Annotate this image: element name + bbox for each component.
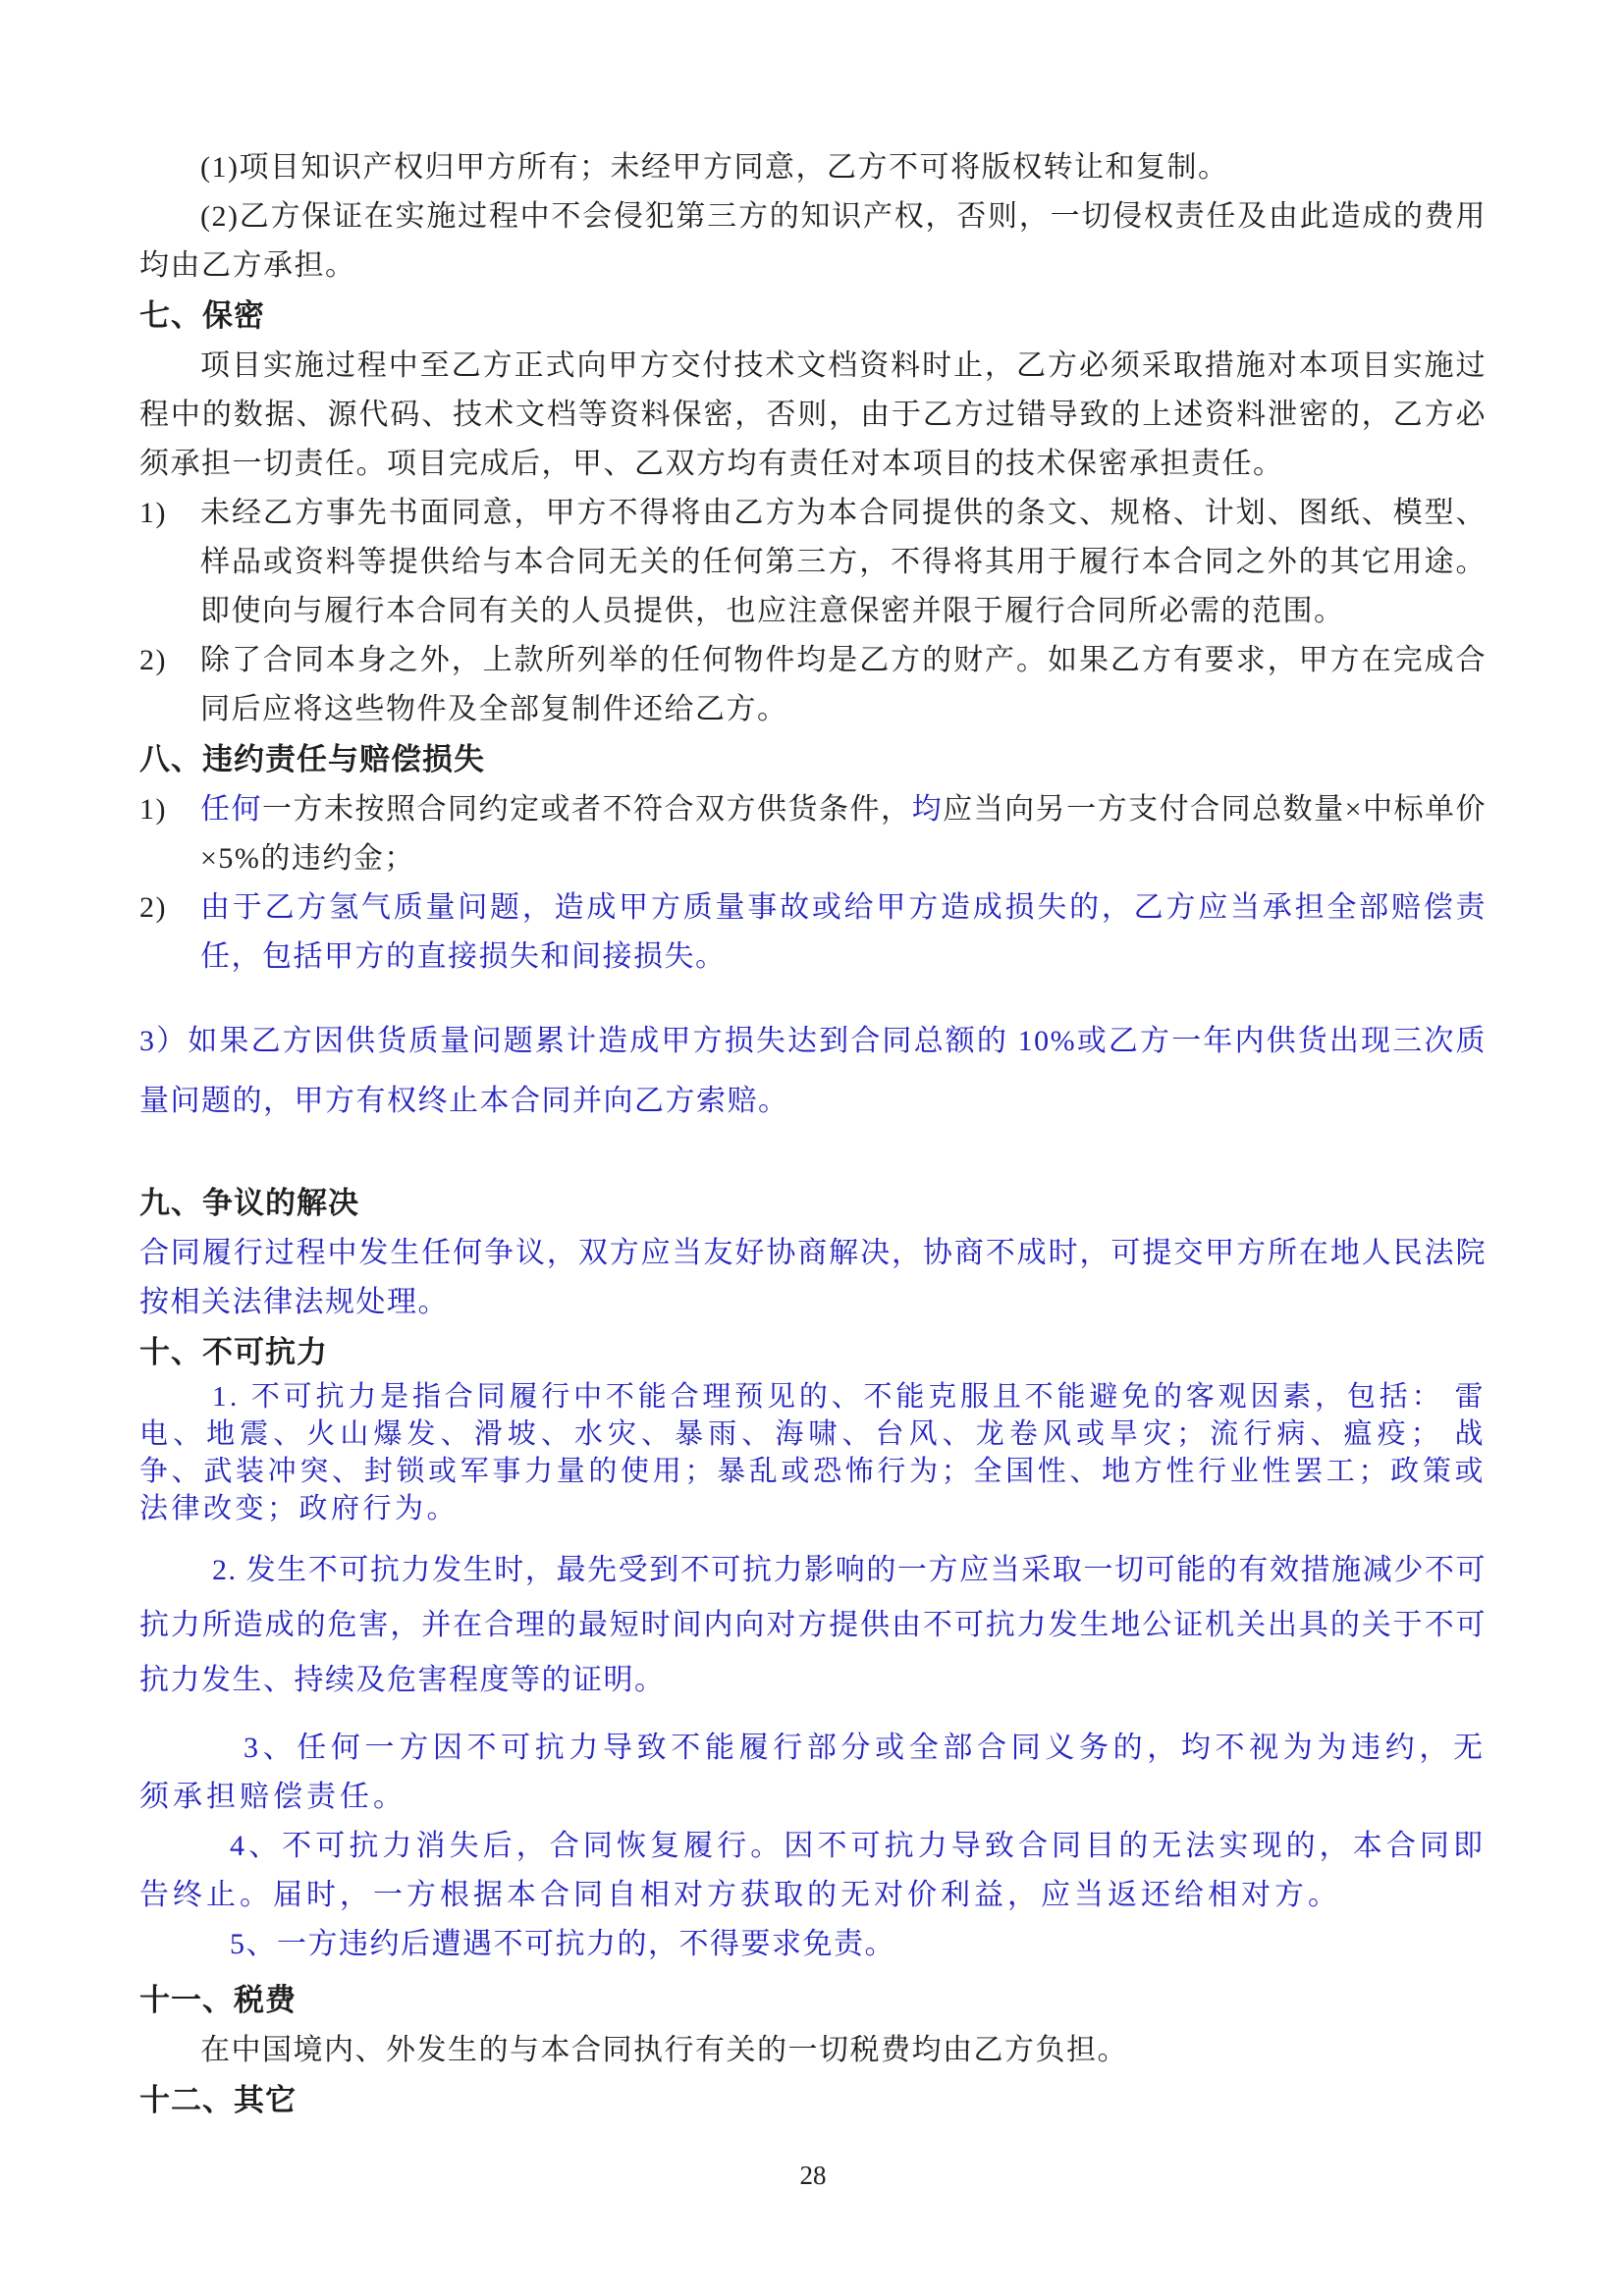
text-segment: 2. 发生不可抗力发生时，最先受到不可抗力影响的一方应当采取一切可能的有效措施减…: [139, 1554, 1487, 1696]
text-segment: 合同履行过程中发生任何争议，双方应当友好协商解决，协商不成时，可提交甲方所在地人…: [139, 1237, 1487, 1318]
list-marker: 1): [139, 489, 167, 538]
paragraph: 在中国境内、外发生的与本合同执行有关的一切税费均由乙方负担。: [139, 2026, 1487, 2075]
text-segment: 未经乙方事先书面同意，甲方不得将由乙方为本合同提供的条文、规格、计划、图纸、模型…: [200, 497, 1487, 627]
text-segment: 十二、其它: [139, 2083, 297, 2117]
paragraph: 4、不可抗力消失后，合同恢复履行。因不可抗力导致合同目的无法实现的，本合同即告终…: [139, 1822, 1487, 1920]
paragraph: 3）如果乙方因供货质量问题累计造成甲方损失达到合同总额的 10%或乙方一年内供货…: [139, 1011, 1487, 1131]
list-marker: 2): [139, 636, 167, 685]
text-segment: 均: [912, 793, 944, 826]
list-item: 1)未经乙方事先书面同意，甲方不得将由乙方为本合同提供的条文、规格、计划、图纸、…: [139, 489, 1487, 636]
section-heading: 九、争议的解决: [139, 1178, 1487, 1229]
text-segment: 4、不可抗力消失后，合同恢复履行。因不可抗力导致合同目的无法实现的，本合同即告终…: [139, 1830, 1487, 1911]
paragraph: 2. 发生不可抗力发生时，最先受到不可抗力影响的一方应当采取一切可能的有效措施减…: [139, 1543, 1487, 1708]
paragraph: (2)乙方保证在实施过程中不会侵犯第三方的知识产权，否则，一切侵权责任及由此造成…: [139, 192, 1487, 291]
section-heading: 十一、税费: [139, 1975, 1487, 2026]
paragraph: 合同履行过程中发生任何争议，双方应当友好协商解决，协商不成时，可提交甲方所在地人…: [139, 1229, 1487, 1327]
text-segment: 任何: [200, 793, 262, 826]
text-segment: 由于乙方氢气质量问题，造成甲方质量事故或给甲方造成损失的，乙方应当承担全部赔偿责…: [200, 891, 1487, 973]
text-segment: 3）如果乙方因供货质量问题累计造成甲方损失达到合同总额的 10%或乙方一年内供货…: [139, 1025, 1487, 1117]
text-segment: 项目实施过程中至乙方正式向甲方交付技术文档资料时止，乙方必须采取措施对本项目实施…: [139, 349, 1487, 480]
text-segment: 除了合同本身之外，上款所列举的任何物件均是乙方的财产。如果乙方有要求，甲方在完成…: [200, 644, 1487, 725]
text-segment: 在中国境内、外发生的与本合同执行有关的一切税费均由乙方负担。: [200, 2034, 1128, 2066]
text-segment: 1. 不可抗力是指合同履行中不能合理预见的、不能克服且不能避免的客观因素，包括：…: [139, 1381, 1487, 1524]
paragraph: 1. 不可抗力是指合同履行中不能合理预见的、不能克服且不能避免的客观因素，包括：…: [139, 1378, 1487, 1527]
list-item: 2)除了合同本身之外，上款所列举的任何物件均是乙方的财产。如果乙方有要求，甲方在…: [139, 636, 1487, 734]
section-heading: 七、保密: [139, 291, 1487, 342]
list-marker: 1): [139, 785, 167, 834]
page-number: 28: [139, 2156, 1487, 2195]
paragraph: 项目实施过程中至乙方正式向甲方交付技术文档资料时止，乙方必须采取措施对本项目实施…: [139, 342, 1487, 489]
document-page: (1)项目知识产权归甲方所有；未经甲方同意，乙方不可将版权转让和复制。(2)乙方…: [0, 0, 1624, 2296]
text-segment: (1)项目知识产权归甲方所有；未经甲方同意，乙方不可将版权转让和复制。: [200, 151, 1228, 184]
text-segment: 5、一方违约后遭遇不可抗力的，不得要求免责。: [230, 1928, 895, 1960]
paragraph: 3、任何一方因不可抗力导致不能履行部分或全部合同义务的，均不视为为违约，无须承担…: [139, 1724, 1487, 1822]
text-segment: 九、争议的解决: [139, 1186, 359, 1220]
section-heading: 八、违约责任与赔偿损失: [139, 734, 1487, 785]
text-segment: 一方未按照合同约定或者不符合双方供货条件，: [262, 793, 912, 826]
text-segment: 十、不可抗力: [139, 1335, 328, 1369]
paragraph: 5、一方违约后遭遇不可抗力的，不得要求免责。: [139, 1920, 1487, 1969]
text-segment: 七、保密: [139, 298, 265, 333]
paragraph: (1)项目知识产权归甲方所有；未经甲方同意，乙方不可将版权转让和复制。: [139, 143, 1487, 192]
text-segment: 3、任何一方因不可抗力导致不能履行部分或全部合同义务的，均不视为为违约，无须承担…: [139, 1732, 1487, 1813]
text-segment: 十一、税费: [139, 1983, 297, 2017]
section-heading: 十、不可抗力: [139, 1327, 1487, 1378]
text-segment: 八、违约责任与赔偿损失: [139, 742, 485, 776]
list-marker: 2): [139, 883, 167, 933]
text-segment: (2)乙方保证在实施过程中不会侵犯第三方的知识产权，否则，一切侵权责任及由此造成…: [139, 200, 1487, 282]
list-item: 1)任何一方未按照合同约定或者不符合双方供货条件，均应当向另一方支付合同总数量×…: [139, 785, 1487, 883]
document-body: (1)项目知识产权归甲方所有；未经甲方同意，乙方不可将版权转让和复制。(2)乙方…: [139, 143, 1487, 2126]
section-heading: 十二、其它: [139, 2075, 1487, 2126]
list-item: 2)由于乙方氢气质量问题，造成甲方质量事故或给甲方造成损失的，乙方应当承担全部赔…: [139, 883, 1487, 982]
